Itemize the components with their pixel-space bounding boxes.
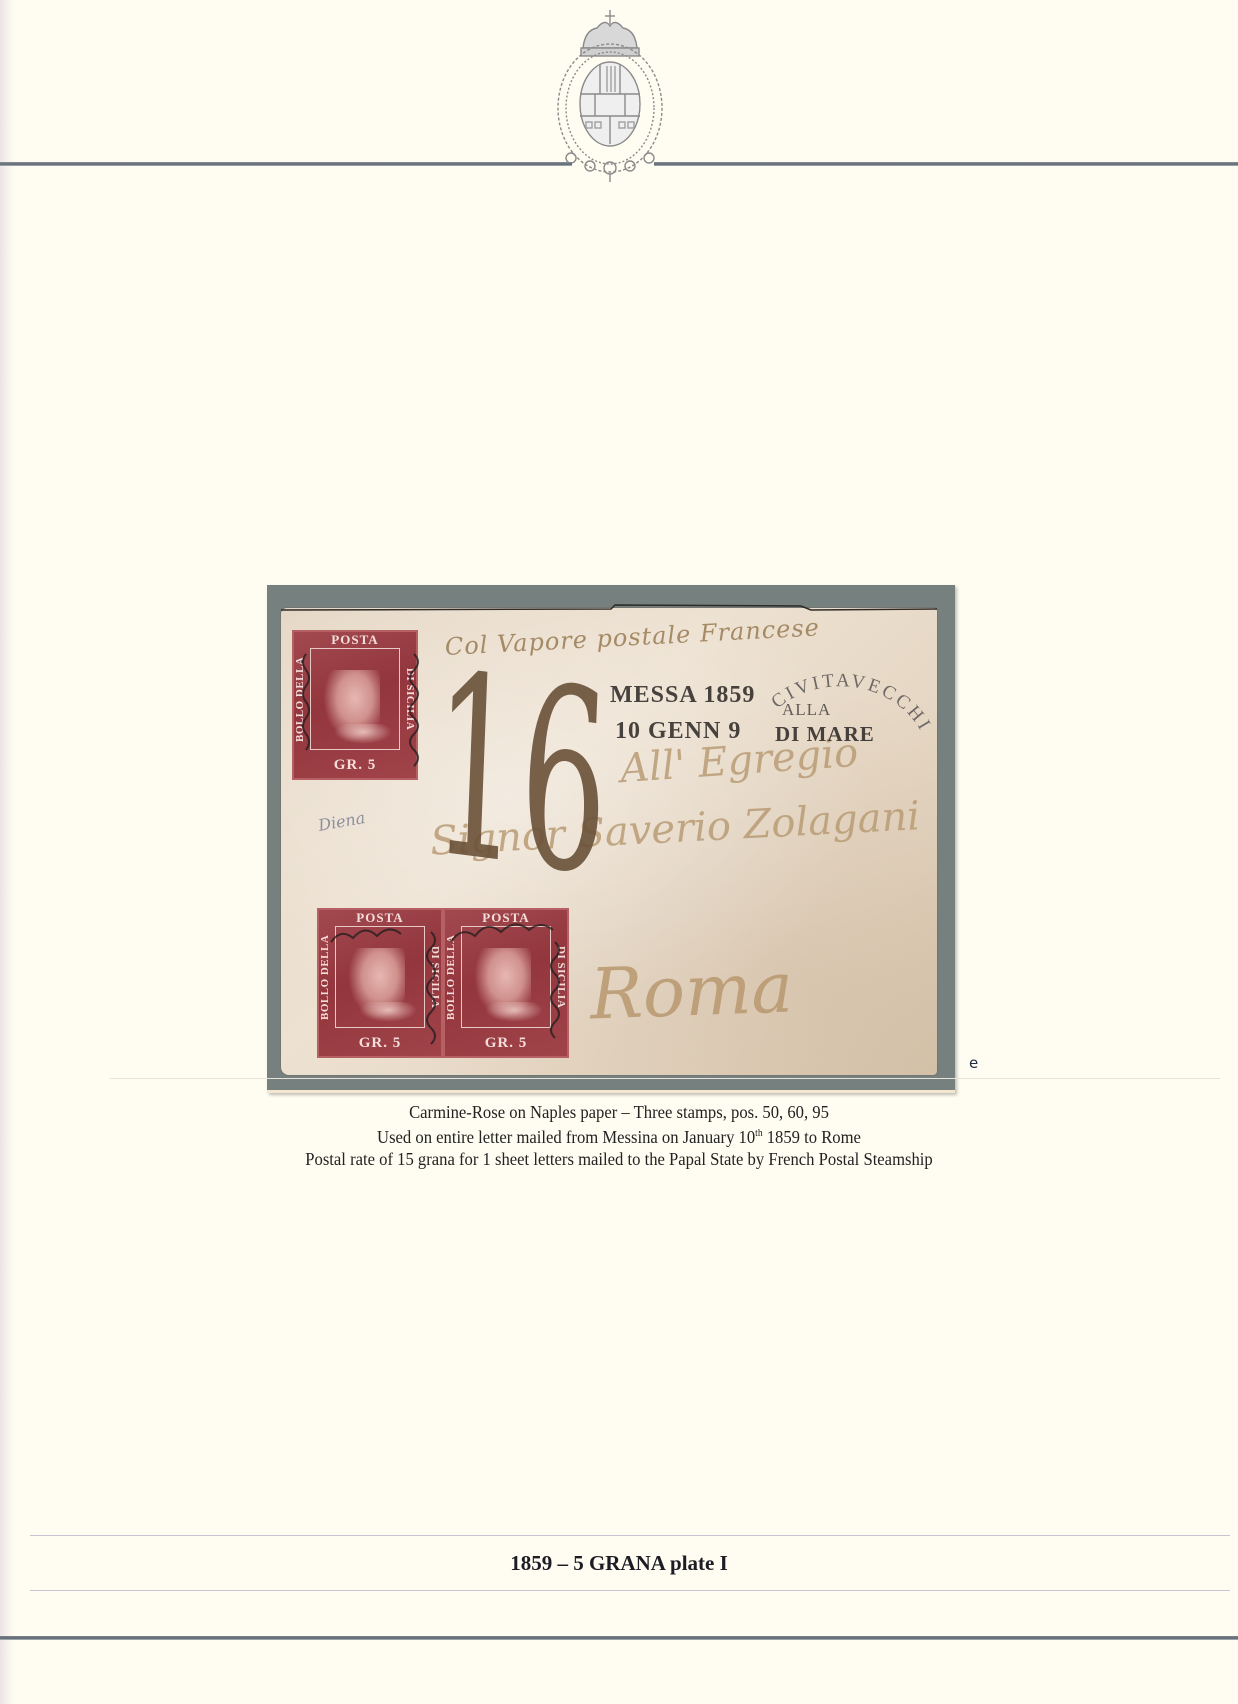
- stamp-left-text: BOLLO DELLA: [294, 648, 310, 750]
- stamp-top-text: POSTA: [292, 632, 418, 648]
- stamp-right-text: DI SICILIA: [425, 926, 441, 1028]
- king-bust: [334, 724, 392, 744]
- page-edge-shadow: [0, 0, 14, 1704]
- caption-text: 1859 to Rome: [763, 1127, 861, 1147]
- stamp-top-text: POSTA: [443, 910, 569, 926]
- tax-marking: 16: [428, 640, 612, 912]
- caption-line: Used on entire letter mailed from Messin…: [31, 1123, 1207, 1148]
- king-bust: [359, 1002, 417, 1022]
- faint-rule: [110, 1078, 1220, 1079]
- stamp-5-grana: POSTA BOLLO DELLA DI SICILIA GR. 5: [292, 630, 418, 780]
- stamp-value-text: GR. 5: [317, 1035, 443, 1052]
- coat-of-arms-icon: [545, 8, 675, 183]
- footer-rule: [30, 1535, 1230, 1536]
- header-rule: [0, 162, 572, 166]
- postmark-alla: ALLA: [782, 700, 831, 720]
- bottom-rule: [0, 1636, 1238, 1640]
- caption-line: Postal rate of 15 grana for 1 sheet lett…: [31, 1148, 1207, 1170]
- side-mark: e: [969, 1054, 978, 1072]
- stamp-right-text: DI SICILIA: [551, 926, 567, 1028]
- caption-text: Used on entire letter mailed from Messin…: [377, 1127, 755, 1147]
- postmark-town-year: MESSA 1859: [610, 682, 755, 709]
- stamp-top-text: POSTA: [317, 910, 443, 926]
- page-title: 1859 – 5 GRANA plate I: [0, 1551, 1238, 1576]
- description-caption: Carmine-Rose on Naples paper – Three sta…: [31, 1101, 1207, 1170]
- stamp-value-text: GR. 5: [292, 757, 418, 774]
- postmark-di-mare: DI MARE: [775, 722, 875, 747]
- stamp-left-text: BOLLO DELLA: [319, 926, 335, 1028]
- header-rule: [654, 162, 1238, 166]
- footer-rule: [30, 1590, 1230, 1591]
- king-bust: [485, 1002, 543, 1022]
- paper-tear-edge: [281, 604, 937, 612]
- stamp-left-text: BOLLO DELLA: [445, 926, 461, 1028]
- postmark-date: 10 GENN 9: [615, 718, 741, 745]
- stamp-right-text: DI SICILIA: [400, 648, 416, 750]
- stamp-5-grana: POSTA BOLLO DELLA DI SICILIA GR. 5: [443, 908, 569, 1058]
- stamp-5-grana: POSTA BOLLO DELLA DI SICILIA GR. 5: [317, 908, 443, 1058]
- address-city: Roma: [589, 946, 795, 1035]
- caption-line: Carmine-Rose on Naples paper – Three sta…: [31, 1101, 1207, 1123]
- stamp-value-text: GR. 5: [443, 1035, 569, 1052]
